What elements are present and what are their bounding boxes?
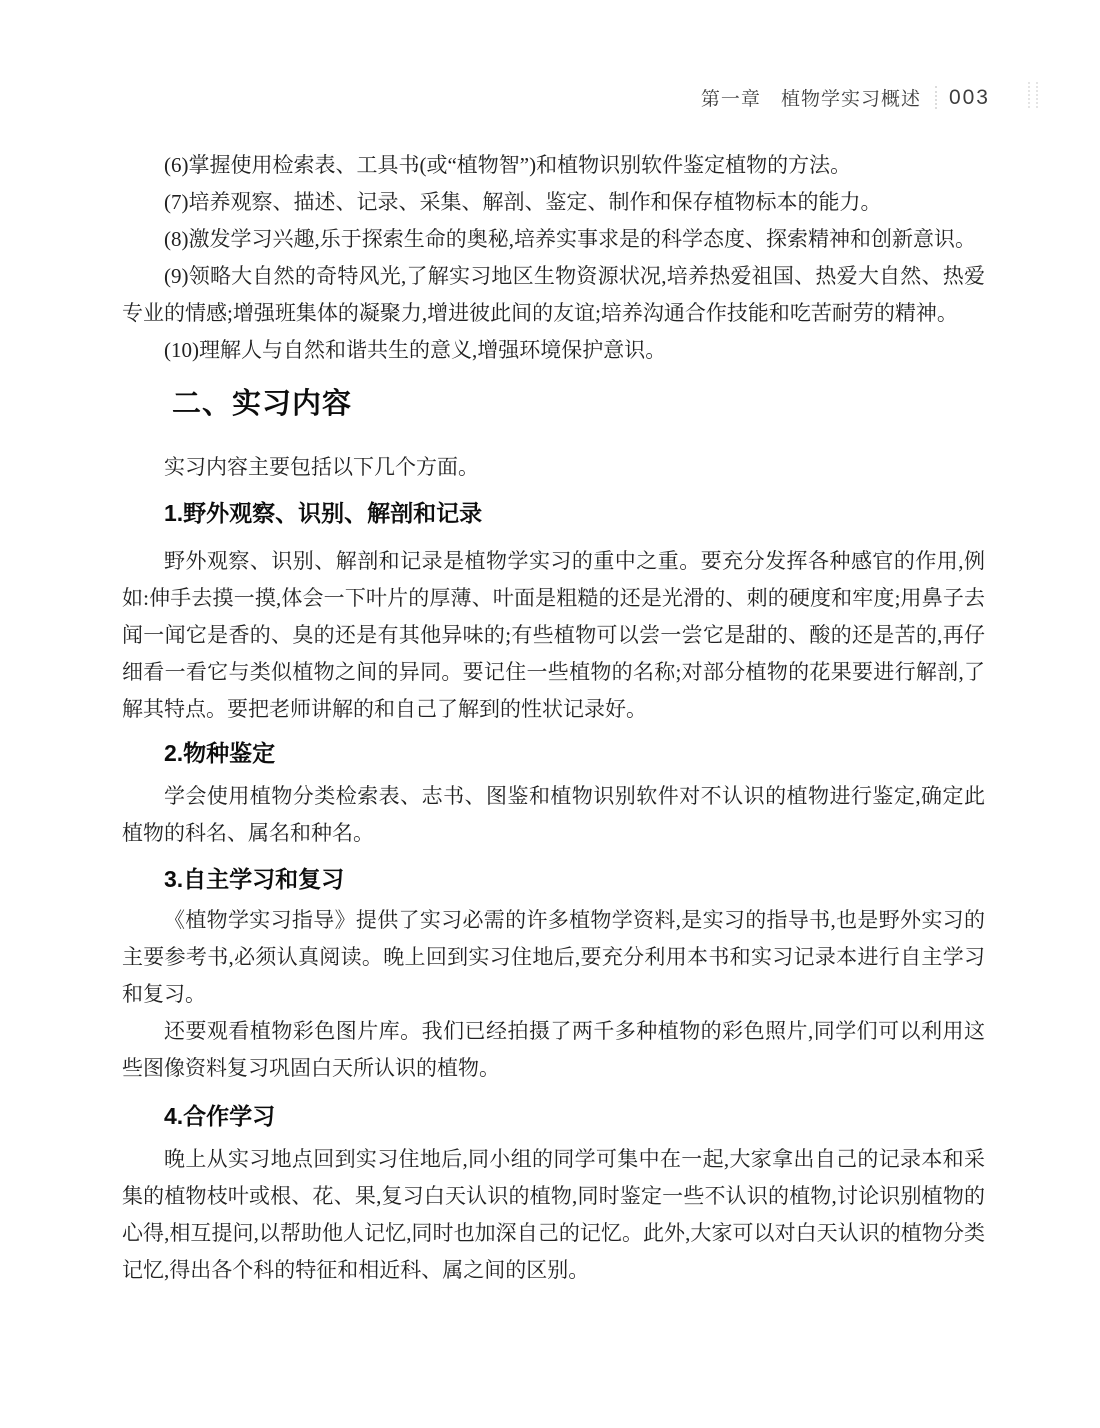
- page-number: 003: [949, 86, 990, 110]
- subsection-heading-4: 4.合作学习: [122, 1101, 985, 1131]
- subsection-paragraph: 野外观察、识别、解剖和记录是植物学实习的重中之重。要充分发挥各种感官的作用,例如…: [122, 543, 985, 728]
- subsection-paragraph: 还要观看植物彩色图片库。我们已经拍摄了两千多种植物的彩色照片,同学们可以利用这些…: [122, 1013, 985, 1087]
- subsection-heading-3: 3.自主学习和复习: [122, 864, 985, 894]
- subsection-heading-2: 2.物种鉴定: [122, 738, 985, 768]
- objective-item: (10)理解人与自然和谐共生的意义,增强环境保护意识。: [122, 332, 985, 369]
- dotted-rule: [1036, 82, 1038, 108]
- objective-item: (7)培养观察、描述、记录、采集、解剖、鉴定、制作和保存植物标本的能力。: [122, 184, 985, 221]
- running-head: 第一章 植物学实习概述 003: [0, 84, 990, 111]
- chapter-title: 植物学实习概述: [781, 84, 921, 111]
- objective-item: (8)激发学习兴趣,乐于探索生命的奥秘,培养实事求是的科学态度、探索精神和创新意…: [122, 221, 985, 258]
- section-heading: 二、实习内容: [122, 386, 985, 422]
- chapter-label: 第一章: [701, 84, 761, 111]
- section-intro: 实习内容主要包括以下几个方面。: [122, 449, 985, 486]
- header-divider: [935, 86, 937, 109]
- page-body: (6)掌握使用检索表、工具书(或“植物智”)和植物识别软件鉴定植物的方法。 (7…: [0, 0, 1100, 1289]
- objective-item: (6)掌握使用检索表、工具书(或“植物智”)和植物识别软件鉴定植物的方法。: [122, 147, 985, 184]
- subsection-heading-1: 1.野外观察、识别、解剖和记录: [122, 498, 985, 528]
- book-page: { "page": { "header": { "chapter": "第一章"…: [0, 0, 1100, 1428]
- edge-decoration-dots: [1028, 82, 1038, 108]
- subsection-paragraph: 晚上从实习地点回到实习住地后,同小组的同学可集中在一起,大家拿出自己的记录本和采…: [122, 1141, 985, 1289]
- subsection-paragraph: 《植物学实习指导》提供了实习必需的许多植物学资料,是实习的指导书,也是野外实习的…: [122, 902, 985, 1013]
- objective-item: (9)领略大自然的奇特风光,了解实习地区生物资源状况,培养热爱祖国、热爱大自然、…: [122, 258, 985, 332]
- subsection-paragraph: 学会使用植物分类检索表、志书、图鉴和植物识别软件对不认识的植物进行鉴定,确定此植…: [122, 778, 985, 852]
- dotted-rule: [1028, 82, 1030, 108]
